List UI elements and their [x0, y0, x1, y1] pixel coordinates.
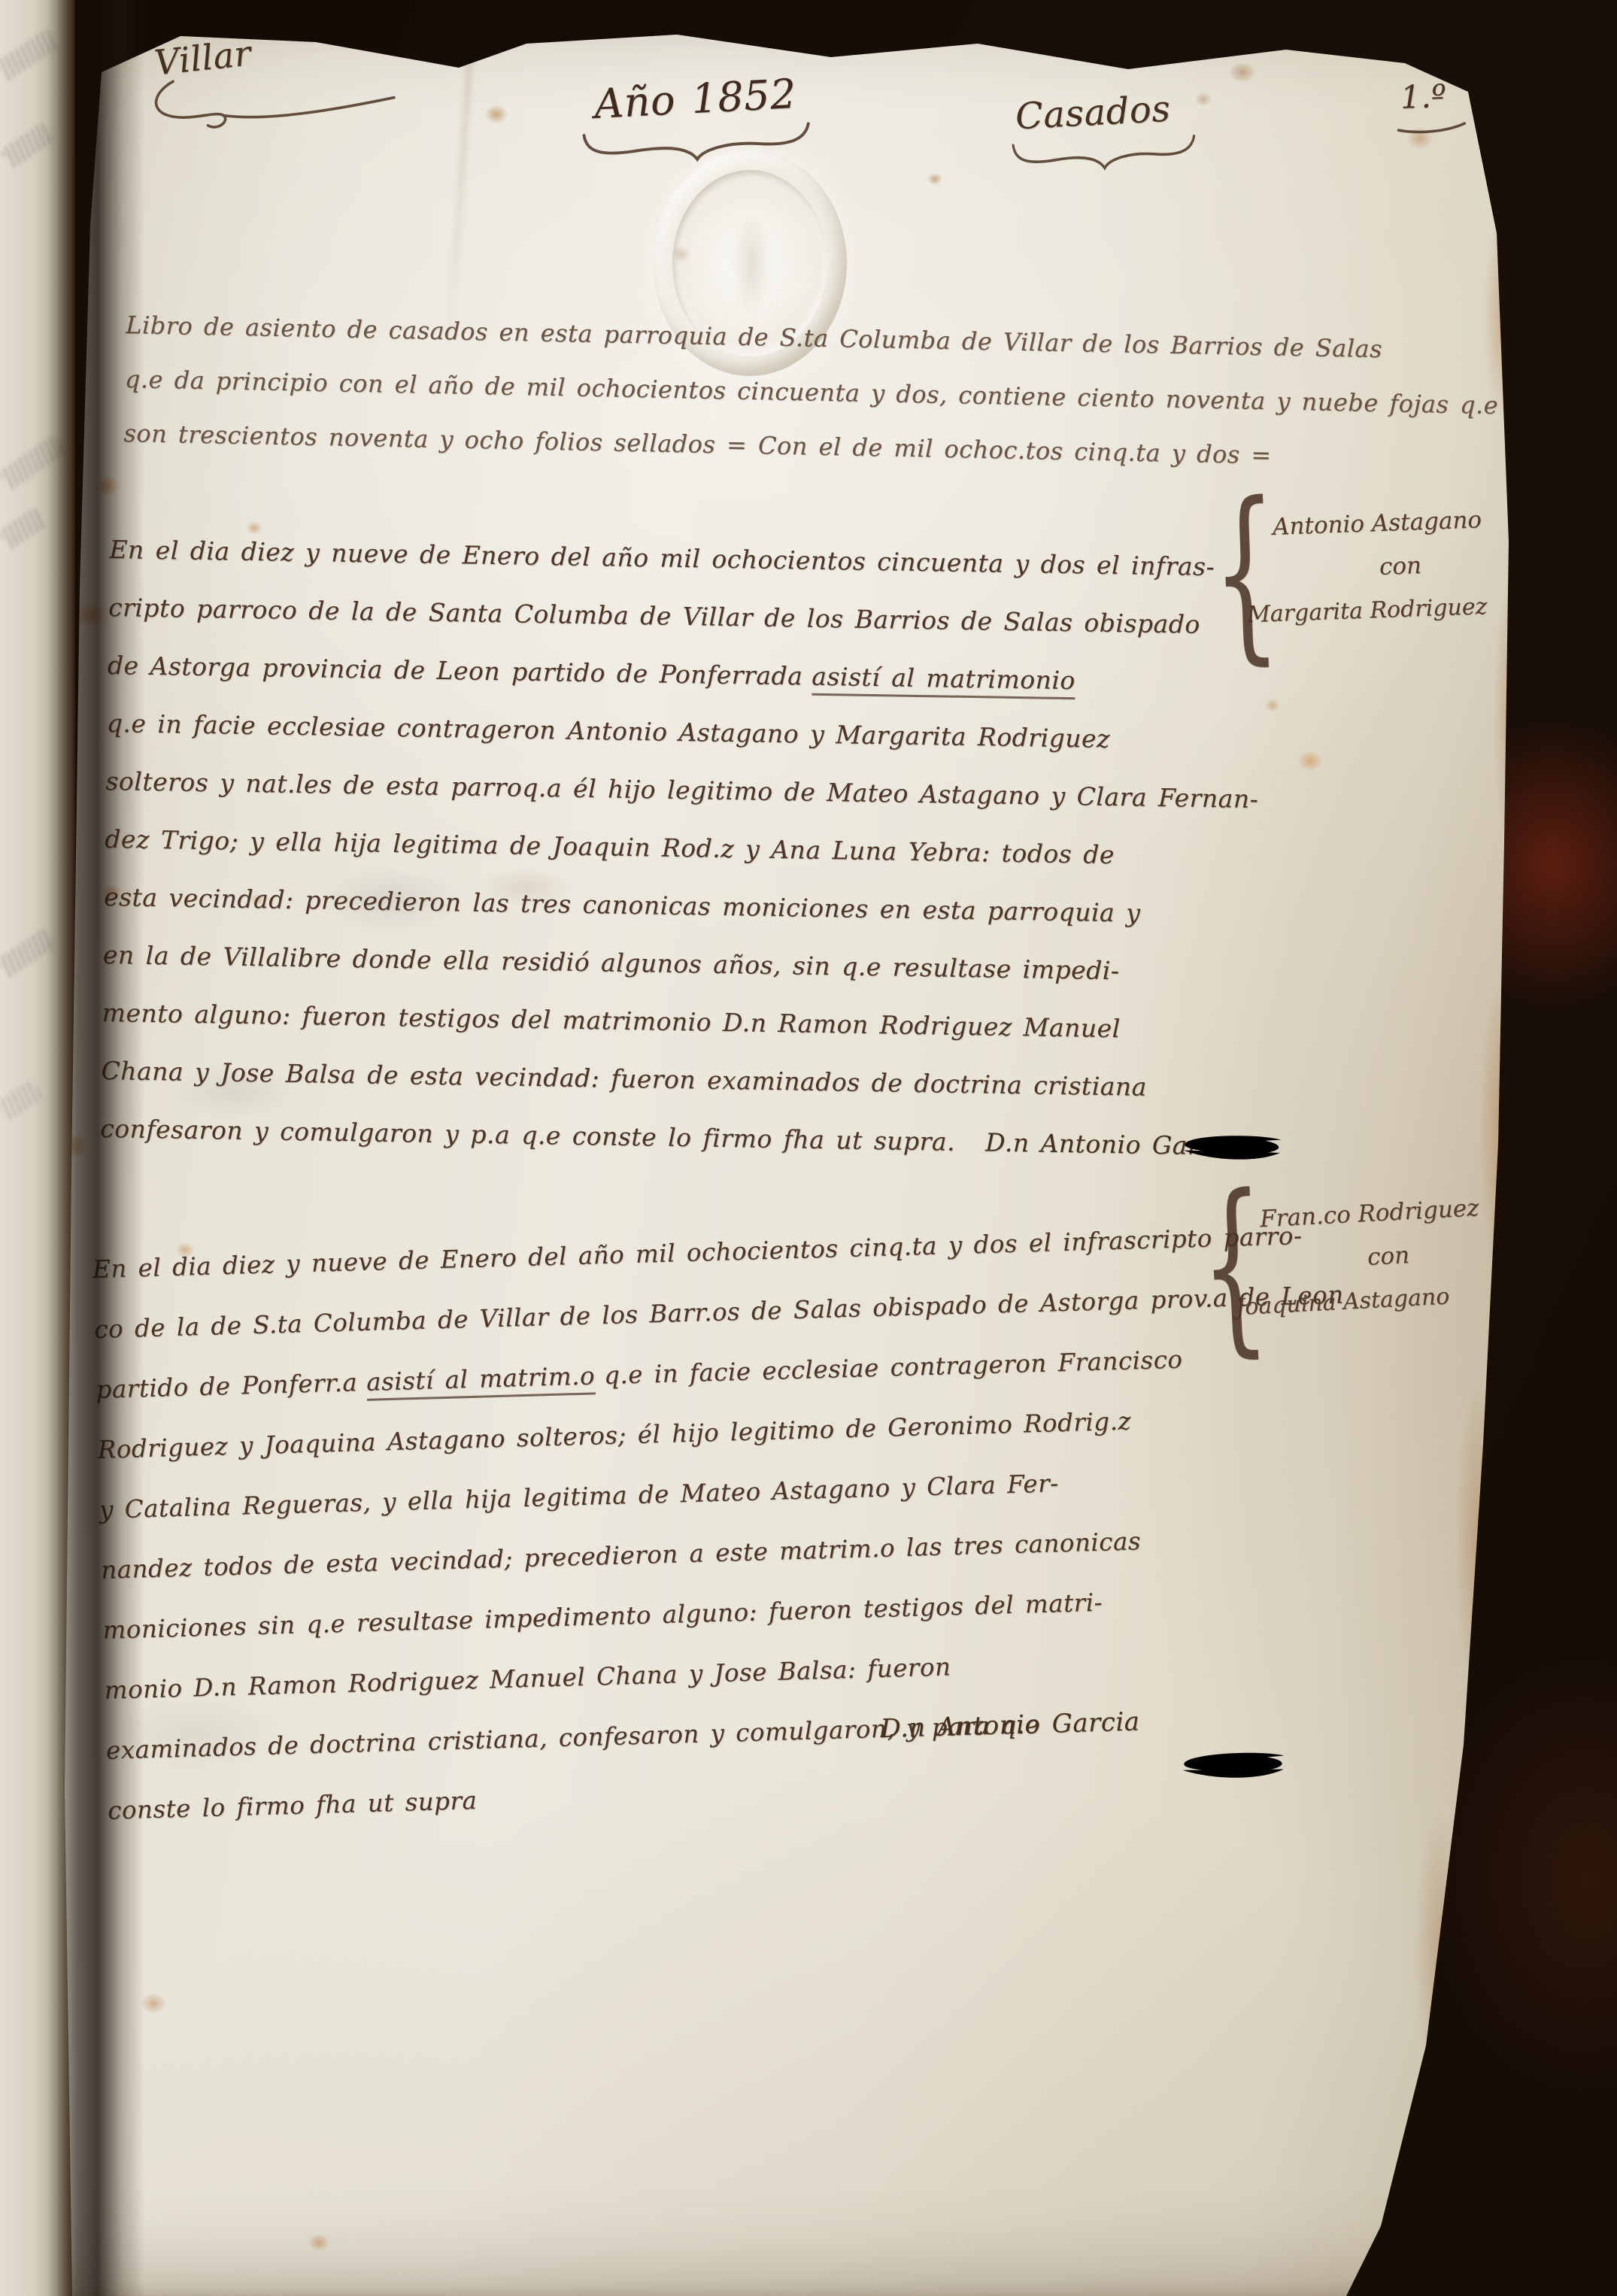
folio-number-label: 1.º	[1400, 77, 1447, 116]
entry-line-text: de Astorga provincia de Leon partido de …	[108, 651, 803, 691]
entry-line-text: confesaron y comulgaron y p.a q.e conste…	[100, 1114, 955, 1157]
bleed-text-fragment	[0, 28, 59, 82]
margin-brace-icon: {	[1209, 478, 1282, 668]
header-section: Casados	[1015, 88, 1172, 138]
preamble-paragraph: Libro de asiento de casados en esta parr…	[123, 298, 1525, 487]
adjacent-page-sliver	[0, 0, 75, 2296]
margin-brace-icon: {	[1196, 1169, 1271, 1360]
photo-of-parish-register-page: Villar Año 1852 Casados 1.º Libro de asi…	[0, 0, 1617, 2296]
entry-line-text: partido de Ponferr.a	[96, 1368, 358, 1404]
bleed-text-fragment	[0, 1079, 44, 1121]
manuscript-page: Villar Año 1852 Casados 1.º Libro de asi…	[0, 0, 1617, 2296]
folio-number: 1.º	[1400, 77, 1447, 116]
underbrace-icon	[1009, 132, 1199, 176]
folio-underline-icon	[1395, 117, 1468, 136]
header-year: Año 1852	[593, 70, 798, 128]
marriage-entry-1: En el dia diez y nueve de Enero del año …	[100, 520, 1306, 1176]
bleed-text-fragment	[0, 927, 57, 978]
header-year-label: Año 1852	[593, 70, 798, 128]
entry-line-text: q.e in facie ecclesiae contrageron Franc…	[603, 1345, 1182, 1390]
header-section-label: Casados	[1015, 88, 1172, 138]
bleed-text-fragment	[0, 434, 67, 490]
underlined-phrase: asistí al matrimonio	[812, 662, 1075, 700]
underlined-phrase: asistí al matrim.o	[366, 1361, 596, 1400]
bleed-text-fragment	[0, 507, 47, 550]
signature-rubric-flourish-icon	[1169, 1694, 1292, 1789]
bleed-text-fragment	[0, 121, 56, 169]
